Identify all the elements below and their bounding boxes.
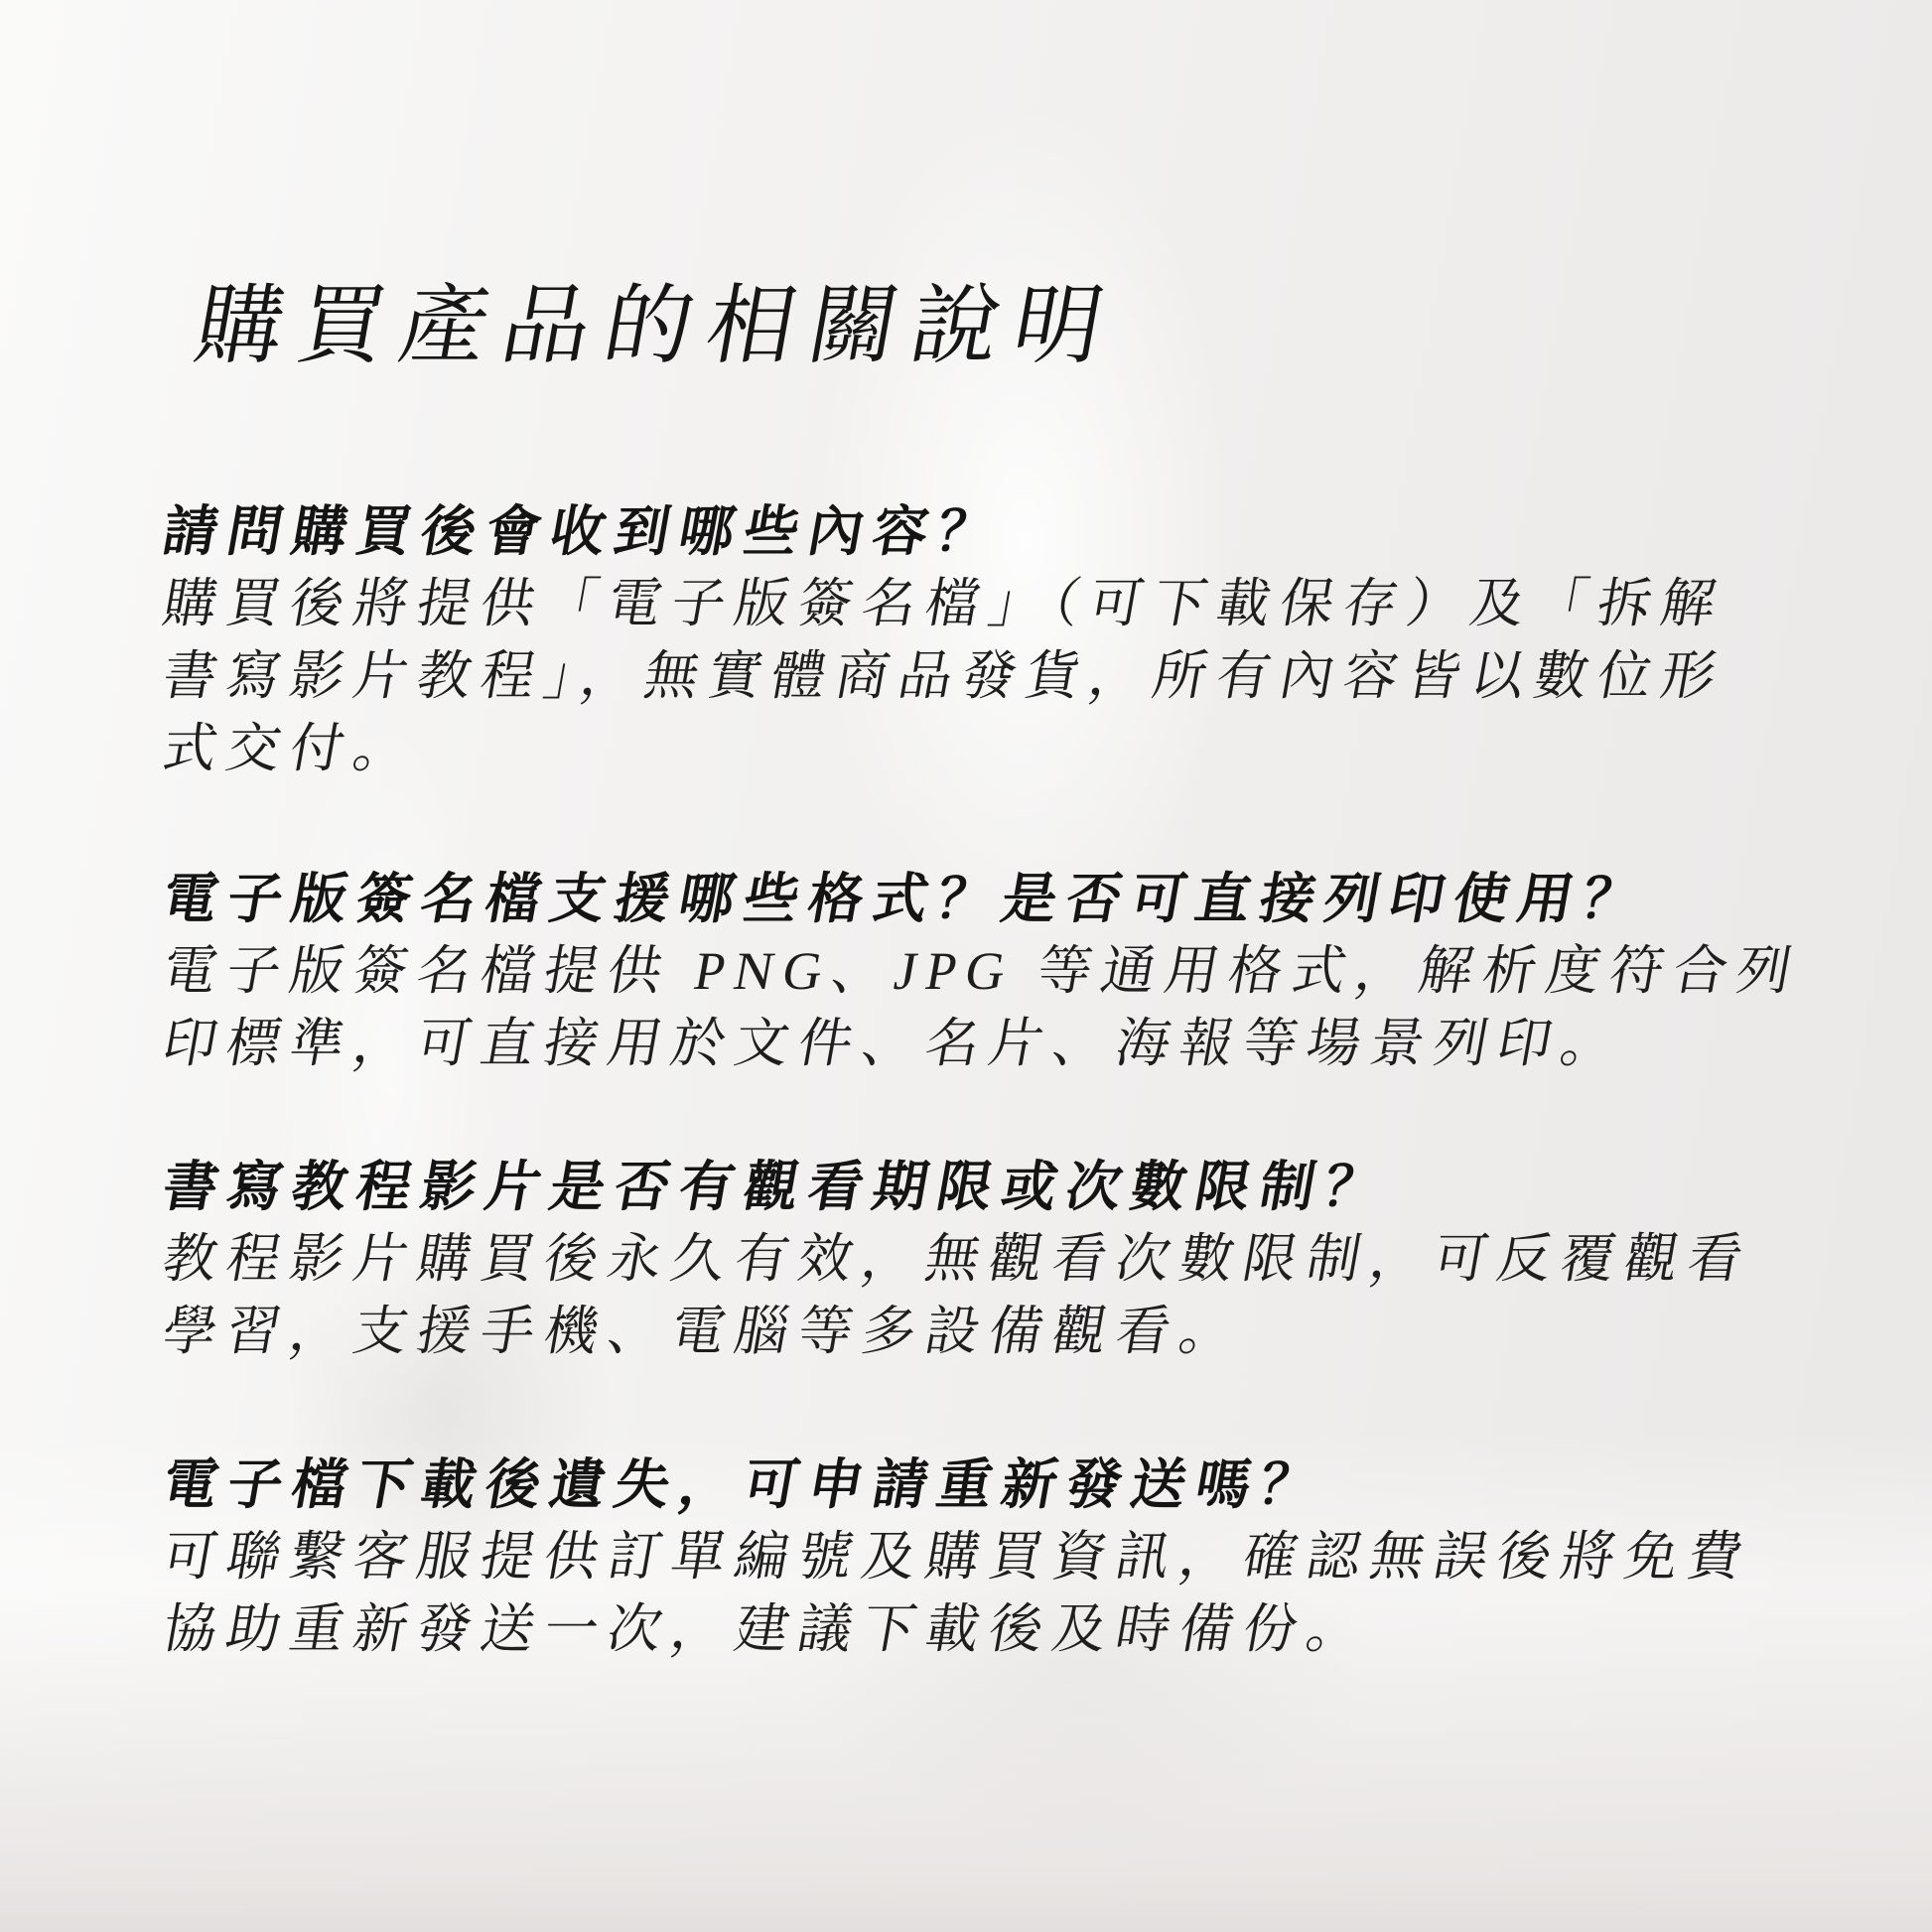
faq-question: 電子檔下載後遺失，可申請重新發送嗎？ <box>157 1449 1838 1521</box>
faq-question: 書寫教程影片是否有觀看期限或次數限制？ <box>157 1151 1838 1223</box>
faq-answer-line: 購買後將提供「電子版簽名檔」（可下載保存）及「拆解 <box>157 568 1838 640</box>
faq-answer-line: 學習，支援手機、電腦等多設備觀看。 <box>157 1296 1838 1368</box>
faq-item: 請問購買後會收到哪些內容？ 購買後將提供「電子版簽名檔」（可下載保存）及「拆解 … <box>159 495 1827 785</box>
faq-question: 請問購買後會收到哪些內容？ <box>157 495 1838 568</box>
faq-item: 電子版簽名檔支援哪些格式？是否可直接列印使用？ 電子版簽名檔提供 PNG、JPG… <box>159 863 1827 1080</box>
faq-answer-line: 教程影片購買後永久有效，無觀看次數限制，可反覆觀看 <box>157 1223 1838 1296</box>
faq-page: 購買產品的相關說明 請問購買後會收到哪些內容？ 購買後將提供「電子版簽名檔」（可… <box>0 0 1932 1932</box>
faq-answer-line: 印標準，可直接用於文件、名片、海報等場景列印。 <box>157 1008 1838 1080</box>
faq-answer-line: 協助重新發送一次，建議下載後及時備份。 <box>157 1593 1838 1666</box>
faq-item: 電子檔下載後遺失，可申請重新發送嗎？ 可聯繫客服提供訂單編號及購買資訊，確認無誤… <box>159 1449 1827 1666</box>
faq-question: 電子版簽名檔支援哪些格式？是否可直接列印使用？ <box>157 863 1838 935</box>
faq-item: 書寫教程影片是否有觀看期限或次數限制？ 教程影片購買後永久有效，無觀看次數限制，… <box>159 1151 1827 1368</box>
faq-answer-line: 書寫影片教程」，無實體商品發貨，所有內容皆以數位形 <box>157 640 1838 713</box>
faq-answer-line: 式交付。 <box>157 713 1838 785</box>
faq-answer-line: 可聯繫客服提供訂單編號及購買資訊，確認無誤後將免費 <box>157 1521 1838 1593</box>
faq-answer-line: 電子版簽名檔提供 PNG、JPG 等通用格式，解析度符合列 <box>157 935 1838 1008</box>
page-title: 購買產品的相關說明 <box>186 268 1127 387</box>
